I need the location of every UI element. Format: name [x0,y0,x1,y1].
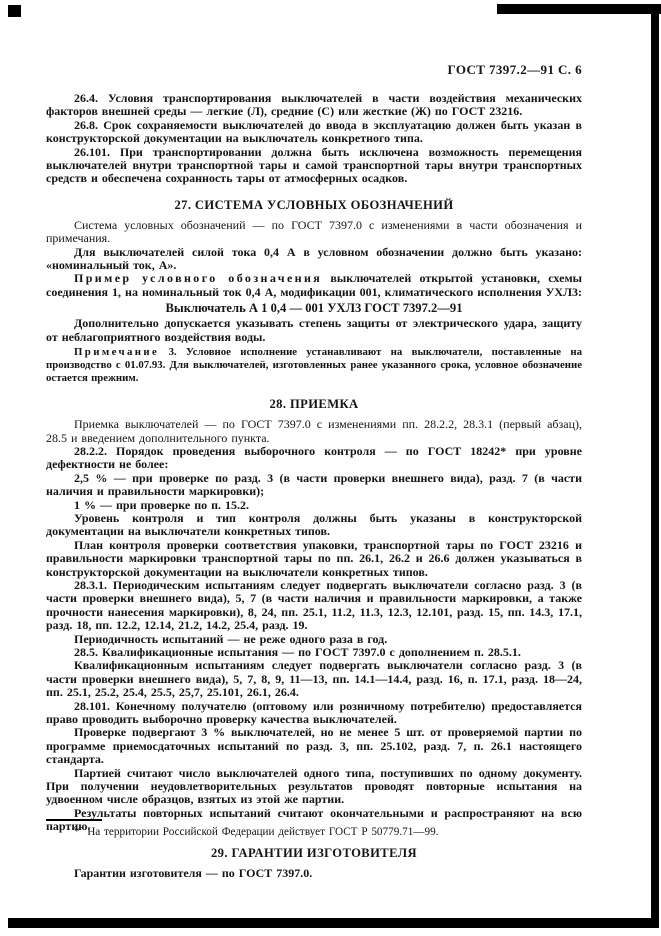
section-heading: 27. СИСТЕМА УСЛОВНЫХ ОБОЗНАЧЕНИЙ [46,198,582,212]
paragraph: 28.2.2. Порядок проведения выборочного к… [46,445,582,472]
note-paragraph: Примечание 3. Условное исполнение устана… [46,346,582,385]
footnote-rule [46,819,102,821]
document-body: 26.4. Условия транспортирования выключат… [46,92,582,880]
paragraph: Уровень контроля и тип контроля должны б… [46,512,582,539]
paragraph: План контроля проверки соответствия упак… [46,539,582,579]
paragraph: 28.5. Квалификационные испытания — по ГО… [46,646,582,659]
paragraph: Приемка выключателей — по ГОСТ 7397.0 с … [46,418,582,445]
page-header: ГОСТ 7397.2—91 С. 6 [46,62,582,78]
paragraph: Дополнительно допускается указывать степ… [46,317,582,344]
paragraph: 26.8. Срок сохраняемости выключателей до… [46,119,582,146]
scan-artifact-top-right [497,4,661,14]
scan-artifact-top-left [8,5,21,17]
section-heading: 29. ГАРАНТИИ ИЗГОТОВИТЕЛЯ [46,846,582,860]
paragraph: 26.4. Условия транспортирования выключат… [46,92,582,119]
spaced-lead-text: Пример условного обозначения [74,271,322,285]
paragraph: Система условных обозначений — по ГОСТ 7… [46,219,582,246]
footnote: * На территории Российской Федерации дей… [46,819,582,839]
paragraph: 26.101. При транспортировании должна быт… [46,146,582,186]
scan-artifact-right-edge [651,4,659,926]
footnote-body: На территории Российской Федерации дейст… [87,826,438,838]
paragraph: 2,5 % — при проверке по разд. 3 (в части… [46,472,582,499]
scan-artifact-bottom-edge [8,918,659,928]
paragraph: 1 % — при проверке по п. 15.2. [46,499,582,512]
paragraph: Партией считают число выключателей одног… [46,767,582,807]
paragraph: Пример условного обозначения выключателе… [46,272,582,299]
footnote-text: * На территории Российской Федерации дей… [46,826,582,839]
paragraph: 28.101. Конечному получателю (оптовому и… [46,700,582,727]
paragraph: 28.3.1. Периодическим испытаниям следует… [46,579,582,633]
paragraph: Для выключателей силой тока 0,4 А в усло… [46,246,582,273]
paragraph: Периодичность испытаний — не реже одного… [46,633,582,646]
paragraph: Квалификационным испытаниям следует подв… [46,659,582,699]
document-page: ГОСТ 7397.2—91 С. 6 26.4. Условия трансп… [0,0,661,936]
paragraph: Гарантии изготовителя — по ГОСТ 7397.0. [46,867,582,880]
footnote-marker: * [74,826,80,838]
paragraph: Проверке подвергают 3 % выключателей, но… [46,726,582,766]
section-heading: 28. ПРИЕМКА [46,397,582,411]
spaced-lead-text: Примечание [74,346,159,358]
designation-formula: Выключатель А 1 0,4 — 001 УХЛ3 ГОСТ 7397… [46,301,582,315]
